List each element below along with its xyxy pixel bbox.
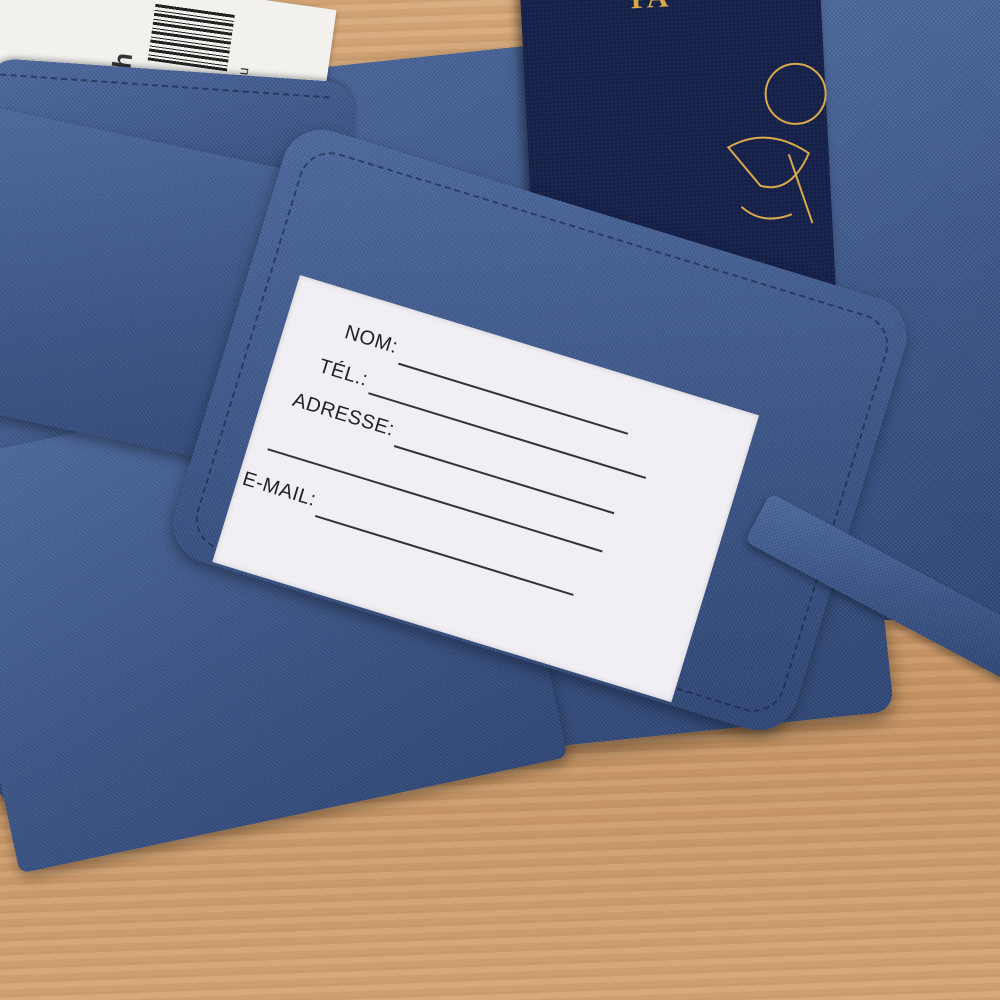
field-label-name: NOM: (342, 321, 401, 359)
barcode-icon (148, 3, 235, 72)
field-label-email: E-MAIL: (240, 468, 319, 512)
email-line (315, 515, 574, 596)
field-label-phone: TÉL.: (316, 355, 371, 392)
passport-title: PA (630, 0, 669, 16)
address-line-2 (267, 448, 602, 552)
address-line (394, 445, 615, 514)
eagle-emblem-icon (714, 52, 844, 258)
phone-line (368, 392, 646, 479)
name-line (398, 363, 628, 435)
photo-scene: 6 500 hangh 15 minu PA Uni NOM: TÉL.: AD (0, 0, 1000, 1000)
